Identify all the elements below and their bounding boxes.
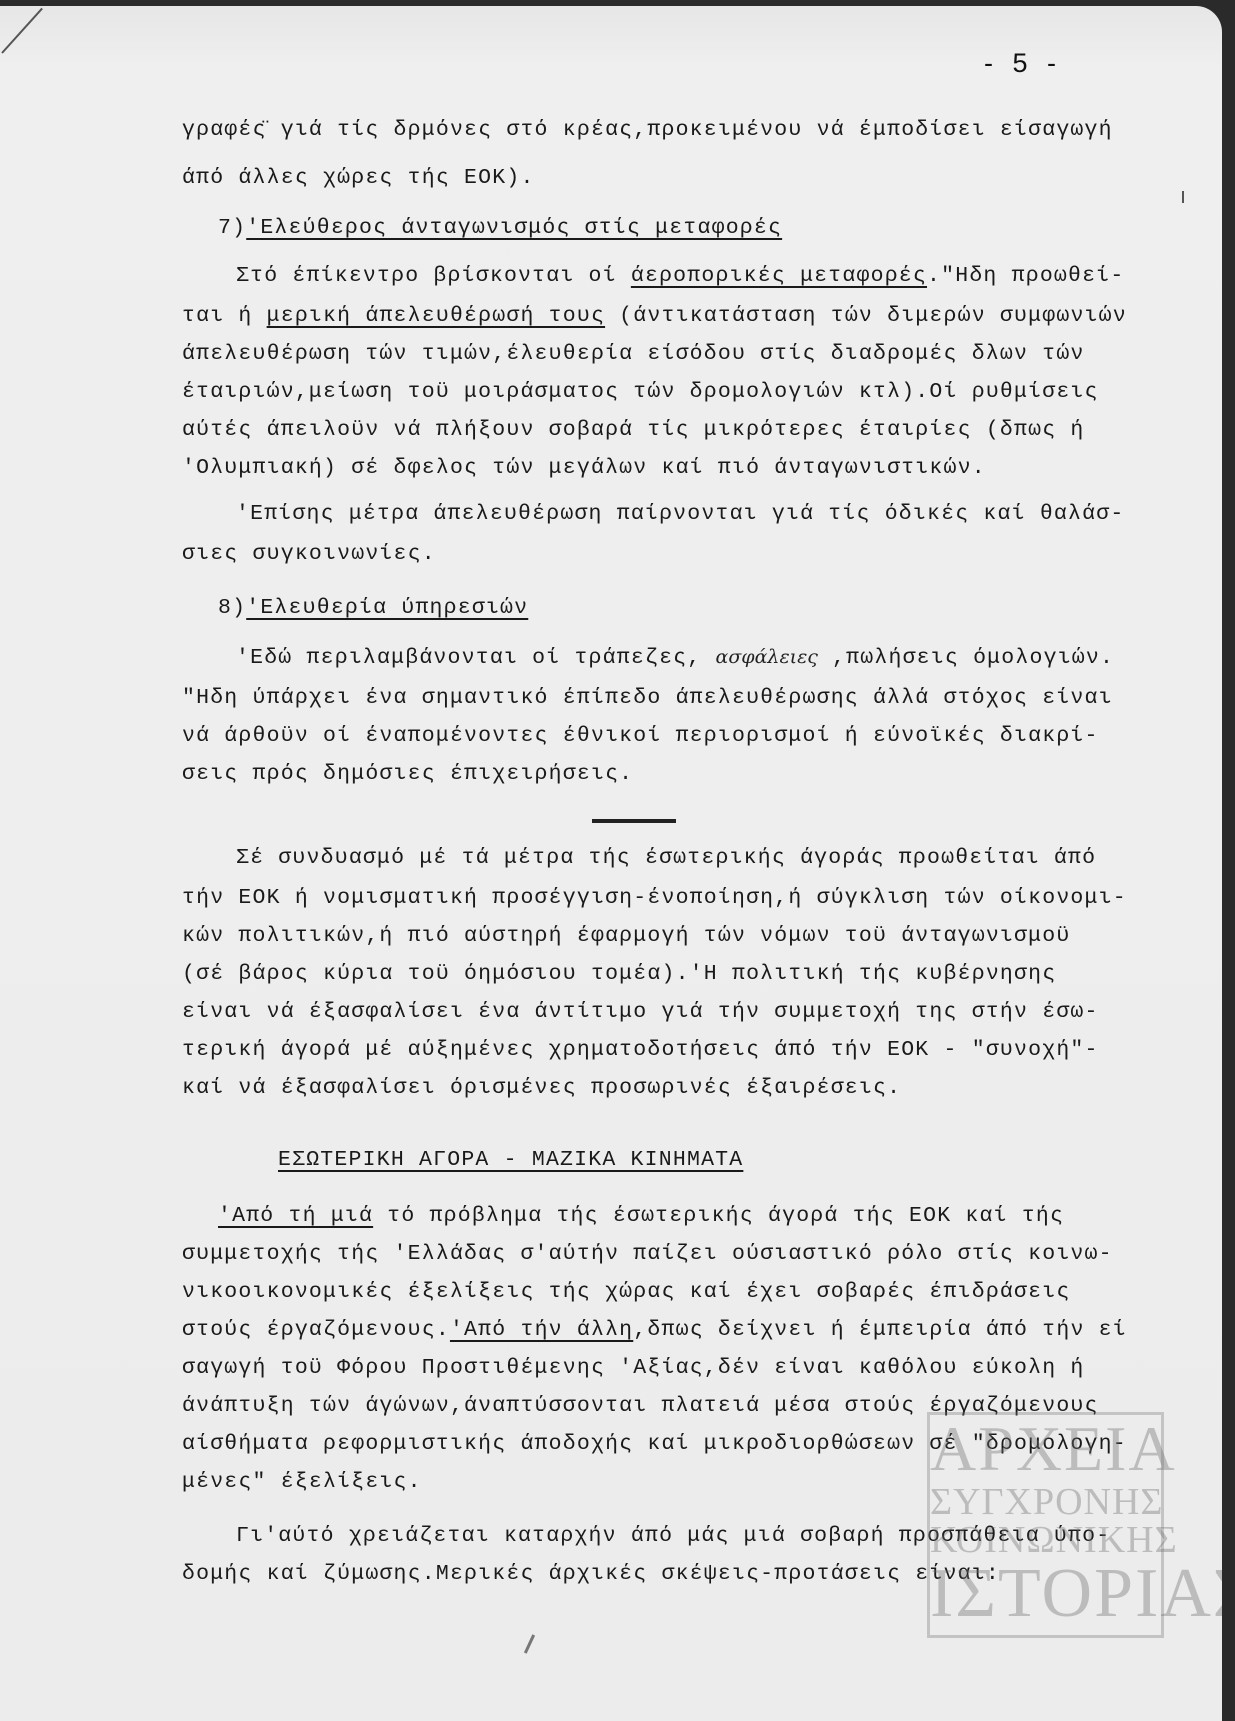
text-line: 'Εδώ περιλαμβάνονται οί τράπεζες, ασφάλε… <box>236 646 1114 670</box>
stray-pen-mark <box>524 1634 535 1653</box>
text-line: νικοοικονομικές έξελίξεις τής χώρας καί … <box>182 1280 1070 1304</box>
stamp-line: ΣΥΓΧΡΟΝΗΣ <box>930 1483 1161 1521</box>
text-line: καί νά έξασφαλίσει όρισμένες προσωρινές … <box>182 1076 901 1100</box>
section-divider <box>592 819 676 823</box>
underlined-phrase: μερική άπελευθέρωσή τους <box>267 304 605 328</box>
text-line: μένες" έξελίξεις. <box>182 1470 422 1494</box>
text-line: τερική άγορά μέ αύξημένες χρηματοδοτήσει… <box>182 1038 1099 1062</box>
section-8-heading: 8)'Ελευθερία ύπηρεσιών <box>218 596 528 620</box>
document-page: - 5 - γραφές̈ γιά τίς δρμόνες στό κρέας,… <box>0 6 1222 1721</box>
section-number: 7) <box>218 216 246 240</box>
text-line: συμμετοχής τής 'Ελλάδας σ'αύτήν παίζει ο… <box>182 1242 1113 1266</box>
section-7-heading: 7)'Ελεύθερος άνταγωνισμός στίς μεταφορές <box>218 216 782 240</box>
text-line: άπελευθέρωση τών τιμών,έλευθερία είσόδου… <box>182 342 1085 366</box>
section-title: 'Ελεύθερος άνταγωνισμός στίς μεταφορές <box>246 216 782 240</box>
text-line: σεις πρός δημόσιες έπιχειρήσεις. <box>182 762 633 786</box>
stamp-line: ΚΟΙΝΩΝΙΚΗΣ <box>930 1521 1161 1559</box>
page-number: - 5 - <box>984 48 1062 79</box>
text-line: κών πολιτικών,ή πιό αύστηρή έφαρμογή τών… <box>182 924 1070 948</box>
text-line: 'Ολυμπιακή) σέ δφελος τών μεγάλων καί πι… <box>182 456 986 480</box>
text-line: τήν ΕΟΚ ή νομισματική προσέγγιση-ένοποίη… <box>182 886 1127 910</box>
text-line: "Ηδη ύπάρχει ένα σημαντικό έπίπεδο άπελε… <box>182 686 1113 710</box>
underlined-phrase: 'Από τήν άλλη <box>450 1318 633 1342</box>
text-line: έταιριών,μείωση τοϋ μοιράσματος τών δρομ… <box>182 380 1099 404</box>
text-line: νά άρθοϋν οί έναπομένοντες έθνικοί περιο… <box>182 724 1099 748</box>
text-line: δομής καί ζύμωσης.Μερικές άρχικές σκέψει… <box>182 1562 1000 1586</box>
stamp-line: ΙΣΤΟΡΙΑΣ <box>930 1559 1161 1629</box>
text-line: 'Από τή μιά τό πρόβλημα τής έσωτερικής ά… <box>218 1204 1064 1228</box>
section-number: 8) <box>218 596 246 620</box>
underlined-phrase: άεροπορικές μεταφορές <box>631 264 927 288</box>
handwritten-insertion: ασφάλειες <box>715 646 817 668</box>
corner-pen-mark <box>1 8 43 54</box>
text-line: γραφές̈ γιά τίς δρμόνες στό κρέας,προκει… <box>182 118 1113 142</box>
stamp-line: ΑΡΧΕΙΑ <box>930 1417 1161 1481</box>
text-line: άπό άλλες χώρες τής ΕΟΚ). <box>182 166 535 190</box>
text-line: Στό έπίκεντρο βρίσκονται οί άεροπορικές … <box>236 264 1124 288</box>
archive-watermark-stamp: ΑΡΧΕΙΑ ΣΥΓΧΡΟΝΗΣ ΚΟΙΝΩΝΙΚΗΣ ΙΣΤΟΡΙΑΣ <box>927 1412 1164 1638</box>
text-line: Σέ συνδυασμό μέ τά μέτρα τής έσωτερικής … <box>236 846 1096 870</box>
text-line: σιες συγκοινωνίες. <box>182 542 436 566</box>
section-heading: ΕΣΩΤΕΡΙΚΗ ΑΓΟΡΑ - ΜΑΖΙΚΑ ΚΙΝΗΜΑΤΑ <box>278 1148 743 1172</box>
text-line: ται ή μερική άπελευθέρωσή τους (άντικατά… <box>182 304 1127 328</box>
text-line: αύτές άπειλοϋν νά πλήξουν σοβαρά τίς μικ… <box>182 418 1085 442</box>
text-line: (σέ βάρος κύρια τοϋ όημόσιου τομέα).'Η π… <box>182 962 1056 986</box>
section-title: 'Ελευθερία ύπηρεσιών <box>246 596 528 620</box>
text-line: στούς έργαζόμενους.'Από τήν άλλη,δπως δε… <box>182 1318 1127 1342</box>
underlined-phrase: 'Από τή μιά <box>218 1204 373 1228</box>
text-line: σαγωγή τοϋ Φόρου Προστιθέμενης 'Αξίας,δέ… <box>182 1356 1085 1380</box>
text-line: είναι νά έξασφαλίσει ένα άντίτιμο γιά τή… <box>182 1000 1099 1024</box>
text-line: 'Επίσης μέτρα άπελευθέρωση παίρνονται γι… <box>236 502 1124 526</box>
margin-mark <box>1182 191 1184 203</box>
